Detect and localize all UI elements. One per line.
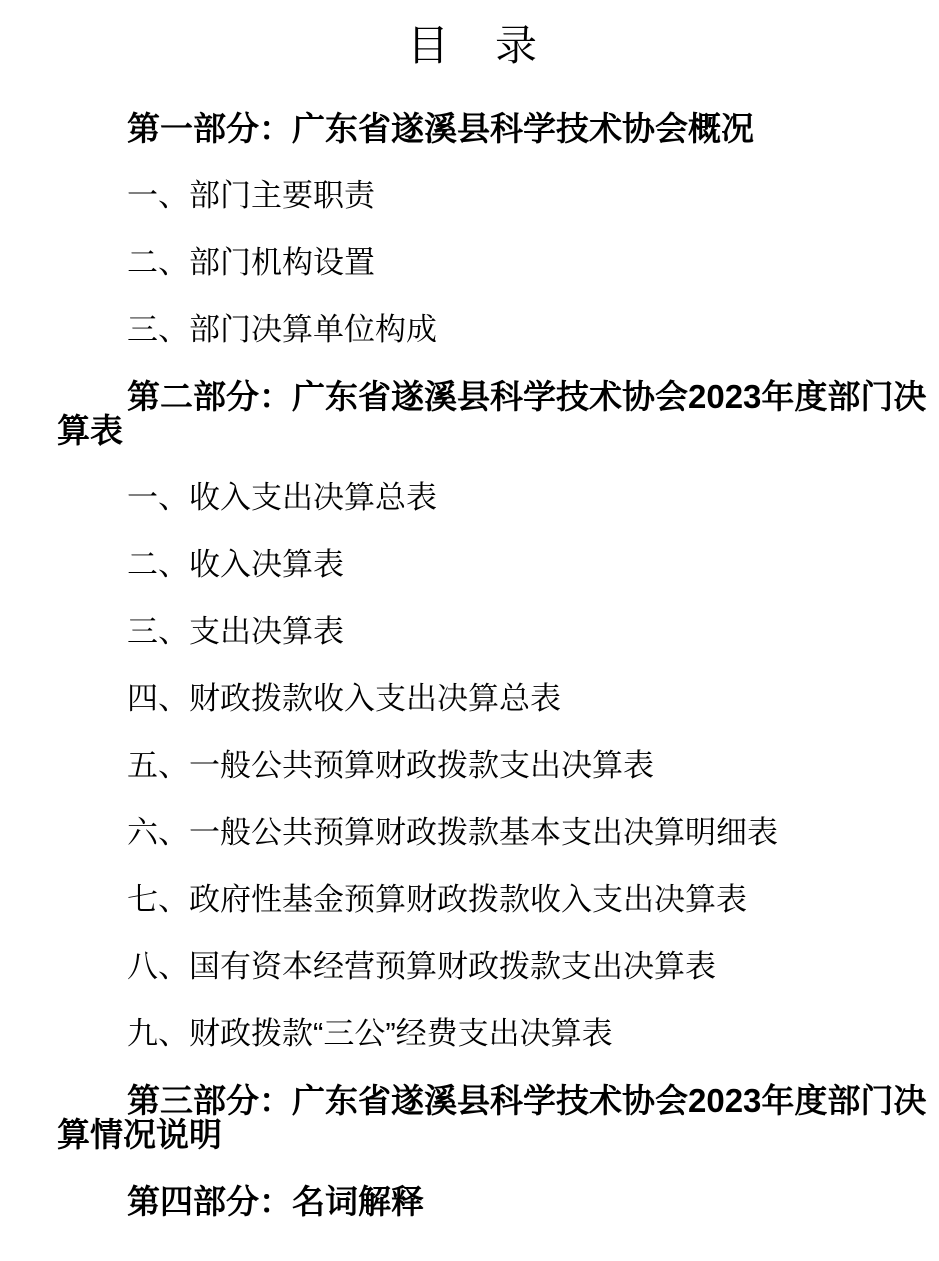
toc-item-part1-1: 一、部门主要职责 bbox=[57, 179, 889, 213]
part3-heading: 第三部分：广东省遂溪县科学技术协会2023年度部门决 算情况说明 bbox=[57, 1084, 889, 1152]
part2-heading-line2: 算表 bbox=[57, 414, 889, 448]
part1-heading-line: 第一部分：广东省遂溪县科学技术协会概况 bbox=[57, 112, 889, 146]
toc-item-part2-6: 六、一般公共预算财政拨款基本支出决算明细表 bbox=[57, 816, 889, 850]
toc-item-part2-8: 八、国有资本经营预算财政拨款支出决算表 bbox=[57, 950, 889, 984]
section-part3: 第三部分：广东省遂溪县科学技术协会2023年度部门决 算情况说明 bbox=[57, 1084, 889, 1152]
toc-item-part2-4: 四、财政拨款收入支出决算总表 bbox=[57, 682, 889, 716]
section-part2: 第二部分：广东省遂溪县科学技术协会2023年度部门决 算表 一、收入支出决算总表… bbox=[57, 380, 889, 1051]
part2-heading-line1: 第二部分：广东省遂溪县科学技术协会2023年度部门决 bbox=[57, 380, 889, 414]
page-title: 目 录 bbox=[57, 22, 889, 72]
toc-item-part2-1: 一、收入支出决算总表 bbox=[57, 481, 889, 515]
part3-heading-line2: 算情况说明 bbox=[57, 1118, 889, 1152]
toc-item-part1-2: 二、部门机构设置 bbox=[57, 246, 889, 280]
part2-heading: 第二部分：广东省遂溪县科学技术协会2023年度部门决 算表 bbox=[57, 380, 889, 448]
part1-heading: 第一部分：广东省遂溪县科学技术协会概况 bbox=[57, 112, 889, 146]
toc-item-part1-3: 三、部门决算单位构成 bbox=[57, 313, 889, 347]
part4-heading-line: 第四部分：名词解释 bbox=[57, 1185, 889, 1219]
section-part4: 第四部分：名词解释 bbox=[57, 1185, 889, 1219]
toc-item-part2-2: 二、收入决算表 bbox=[57, 548, 889, 582]
toc-page: 目 录 第一部分：广东省遂溪县科学技术协会概况 一、部门主要职责 二、部门机构设… bbox=[0, 0, 939, 1261]
part3-heading-line1: 第三部分：广东省遂溪县科学技术协会2023年度部门决 bbox=[57, 1084, 889, 1118]
toc-item-part2-3: 三、支出决算表 bbox=[57, 615, 889, 649]
toc-item-part2-5: 五、一般公共预算财政拨款支出决算表 bbox=[57, 749, 889, 783]
part4-heading: 第四部分：名词解释 bbox=[57, 1185, 889, 1219]
toc-item-part2-7: 七、政府性基金预算财政拨款收入支出决算表 bbox=[57, 883, 889, 917]
toc-item-part2-9: 九、财政拨款“三公”经费支出决算表 bbox=[57, 1017, 889, 1051]
section-part1: 第一部分：广东省遂溪县科学技术协会概况 一、部门主要职责 二、部门机构设置 三、… bbox=[57, 112, 889, 347]
